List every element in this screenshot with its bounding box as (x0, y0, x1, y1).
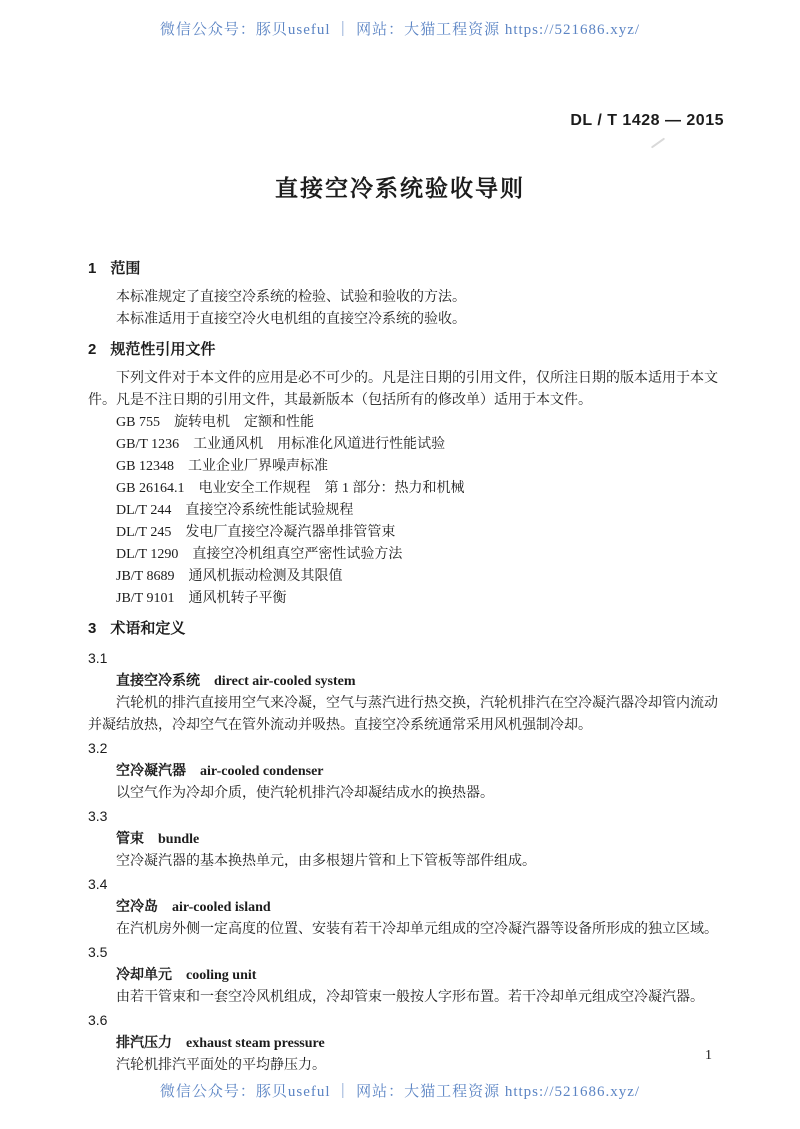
term-number: 3.4 (88, 873, 722, 895)
reference-item: DL/T 1290 直接空冷机组真空严密性试验方法 (88, 544, 722, 566)
term-number: 3.5 (88, 941, 722, 963)
section-3-number: 3 (88, 620, 96, 637)
term-definition: 汽轮机的排汽直接用空气来冷凝，空气与蒸汽进行热交换，汽轮机排汽在空冷凝汽器冷却管… (88, 693, 722, 737)
reference-item: DL/T 244 直接空冷系统性能试验规程 (88, 500, 722, 522)
term-name: 直接空冷系统direct air-cooled system (88, 669, 722, 693)
term-name-en: exhaust steam pressure (186, 1036, 325, 1051)
section-1-number: 1 (88, 260, 96, 277)
term-definition: 以空气作为冷却介质，使汽轮机排汽冷却凝结成水的换热器。 (88, 783, 722, 805)
top-watermark: 微信公众号：豚贝useful ｜ 网站：大猫工程资源 https://52168… (0, 18, 800, 39)
reference-item: JB/T 8689 通风机振动检测及其限值 (88, 566, 722, 588)
term-block-3-6: 3.6 排汽压力exhaust steam pressure 汽轮机排汽平面处的… (88, 1009, 722, 1077)
term-name: 冷却单元cooling unit (88, 963, 722, 987)
term-name-en: cooling unit (186, 968, 256, 983)
section-2-heading: 2规范性引用文件 (88, 339, 722, 361)
scope-paragraph-2: 本标准适用于直接空冷火电机组的直接空冷系统的验收。 (88, 309, 722, 331)
section-3-title: 术语和定义 (110, 620, 185, 637)
term-number: 3.3 (88, 805, 722, 827)
references-intro: 下列文件对于本文件的应用是必不可少的。凡是注日期的引用文件，仅所注日期的版本适用… (88, 368, 722, 412)
term-number: 3.2 (88, 737, 722, 759)
term-name: 空冷岛air-cooled island (88, 895, 722, 919)
reference-item: GB 755 旋转电机 定额和性能 (88, 412, 722, 434)
term-name-zh: 直接空冷系统 (116, 672, 200, 688)
term-number: 3.6 (88, 1009, 722, 1031)
scope-paragraph-1: 本标准规定了直接空冷系统的检验、试验和验收的方法。 (88, 287, 722, 309)
section-1-title: 范围 (110, 260, 140, 277)
term-definition: 由若干管束和一套空冷风机组成，冷却管束一般按人字形布置。若干冷却单元组成空冷凝汽… (88, 987, 722, 1009)
term-block-3-1: 3.1 直接空冷系统direct air-cooled system 汽轮机的排… (88, 647, 722, 737)
section-1-heading: 1范围 (88, 258, 722, 280)
term-name-zh: 空冷凝汽器 (116, 762, 186, 778)
term-number: 3.1 (88, 647, 722, 669)
term-name-en: direct air-cooled system (214, 674, 356, 689)
term-definition: 汽轮机排汽平面处的平均静压力。 (88, 1055, 722, 1077)
term-block-3-2: 3.2 空冷凝汽器air-cooled condenser 以空气作为冷却介质，… (88, 737, 722, 805)
reference-item: GB 26164.1 电业安全工作规程 第 1 部分：热力和机械 (88, 478, 722, 500)
scan-artifact (651, 138, 665, 149)
term-block-3-4: 3.4 空冷岛air-cooled island 在汽机房外侧一定高度的位置、安… (88, 873, 722, 941)
term-block-3-3: 3.3 管束bundle 空冷凝汽器的基本换热单元，由多根翅片管和上下管板等部件… (88, 805, 722, 873)
bottom-watermark: 微信公众号：豚贝useful ｜ 网站：大猫工程资源 https://52168… (0, 1080, 800, 1101)
reference-item: JB/T 9101 通风机转子平衡 (88, 588, 722, 610)
term-name-en: bundle (158, 832, 199, 847)
reference-item: GB/T 1236 工业通风机 用标准化风道进行性能试验 (88, 434, 722, 456)
term-name: 空冷凝汽器air-cooled condenser (88, 759, 722, 783)
term-name-en: air-cooled island (172, 900, 271, 915)
document-body: 1范围 本标准规定了直接空冷系统的检验、试验和验收的方法。 本标准适用于直接空冷… (88, 250, 722, 1077)
document-page: 微信公众号：豚贝useful ｜ 网站：大猫工程资源 https://52168… (0, 0, 800, 1129)
term-definition: 在汽机房外侧一定高度的位置、安装有若干冷却单元组成的空冷凝汽器等设备所形成的独立… (88, 919, 722, 941)
section-2-number: 2 (88, 341, 96, 358)
term-name-en: air-cooled condenser (200, 764, 324, 779)
term-block-3-5: 3.5 冷却单元cooling unit 由若干管束和一套空冷风机组成，冷却管束… (88, 941, 722, 1009)
term-name: 排汽压力exhaust steam pressure (88, 1031, 722, 1055)
term-name: 管束bundle (88, 827, 722, 851)
term-definition: 空冷凝汽器的基本换热单元，由多根翅片管和上下管板等部件组成。 (88, 851, 722, 873)
term-name-zh: 冷却单元 (116, 966, 172, 982)
term-name-zh: 排汽压力 (116, 1034, 172, 1050)
standard-number: DL / T 1428 — 2015 (570, 112, 724, 130)
term-name-zh: 管束 (116, 830, 144, 846)
section-2-title: 规范性引用文件 (110, 341, 215, 358)
page-number: 1 (705, 1048, 712, 1064)
term-name-zh: 空冷岛 (116, 898, 158, 914)
section-3-heading: 3术语和定义 (88, 618, 722, 640)
reference-item: DL/T 245 发电厂直接空冷凝汽器单排管管束 (88, 522, 722, 544)
reference-item: GB 12348 工业企业厂界噪声标准 (88, 456, 722, 478)
document-title: 直接空冷系统验收导则 (0, 170, 800, 203)
